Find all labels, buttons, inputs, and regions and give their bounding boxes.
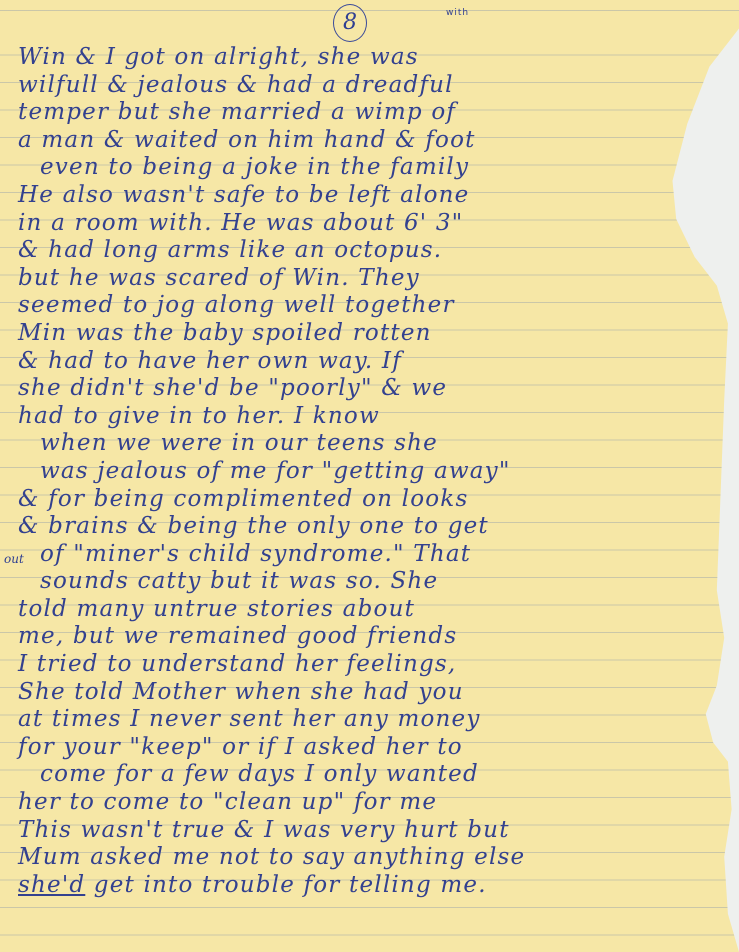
text-line: was jealous of me for "getting away" — [18, 458, 698, 486]
text-line: He also wasn't safe to be left alone — [18, 182, 698, 210]
text-line: & for being complimented on looks — [18, 486, 698, 514]
text-line: her to come to "clean up" for me — [18, 789, 698, 817]
text-line: & brains & being the only one to get — [18, 513, 698, 541]
text-line: come for a few days I only wanted — [18, 761, 698, 789]
text-line: she'd get into trouble for telling me. — [18, 872, 698, 900]
text-line: even to being a joke in the family — [18, 154, 698, 182]
text-line: in a room with. He was about 6' 3" — [18, 210, 698, 238]
text-line: & had to have her own way. If — [18, 348, 698, 376]
text-line: she didn't she'd be "poorly" & we — [18, 375, 698, 403]
text-line: seemed to jog along well together — [18, 292, 698, 320]
text-line: wilfull & jealous & had a dreadful — [18, 72, 698, 100]
text-line: me, but we remained good friends — [18, 623, 698, 651]
text-line: for your "keep" or if I asked her to — [18, 734, 698, 762]
text-line: a man & waited on him hand & foot — [18, 127, 698, 155]
text-line: I tried to understand her feelings, — [18, 651, 698, 679]
underlined-word: she'd — [18, 872, 85, 898]
text-line: when we were in our teens she — [18, 430, 698, 458]
handwritten-text-body: Win & I got on alright, she was wilfull … — [18, 44, 698, 899]
text-line: This wasn't true & I was very hurt but — [18, 817, 698, 845]
circled-page-number: 8 — [333, 4, 367, 42]
text-line: Mum asked me not to say anything else — [18, 844, 698, 872]
text-line: told many untrue stories about — [18, 596, 698, 624]
text-line: Min was the baby spoiled rotten — [18, 320, 698, 348]
text-line: She told Mother when she had you — [18, 679, 698, 707]
text-line: Win & I got on alright, she was — [18, 44, 698, 72]
text-line: at times I never sent her any money — [18, 706, 698, 734]
text-line: had to give in to her. I know — [18, 403, 698, 431]
text-line: sounds catty but it was so. She — [18, 568, 698, 596]
inserted-word-above-line: with — [446, 8, 469, 18]
text-line: but he was scared of Win. They — [18, 265, 698, 293]
text-line: of "miner's child syndrome." That — [18, 541, 698, 569]
text-line: temper but she married a wimp of — [18, 99, 698, 127]
text-line: & had long arms like an octopus. — [18, 237, 698, 265]
